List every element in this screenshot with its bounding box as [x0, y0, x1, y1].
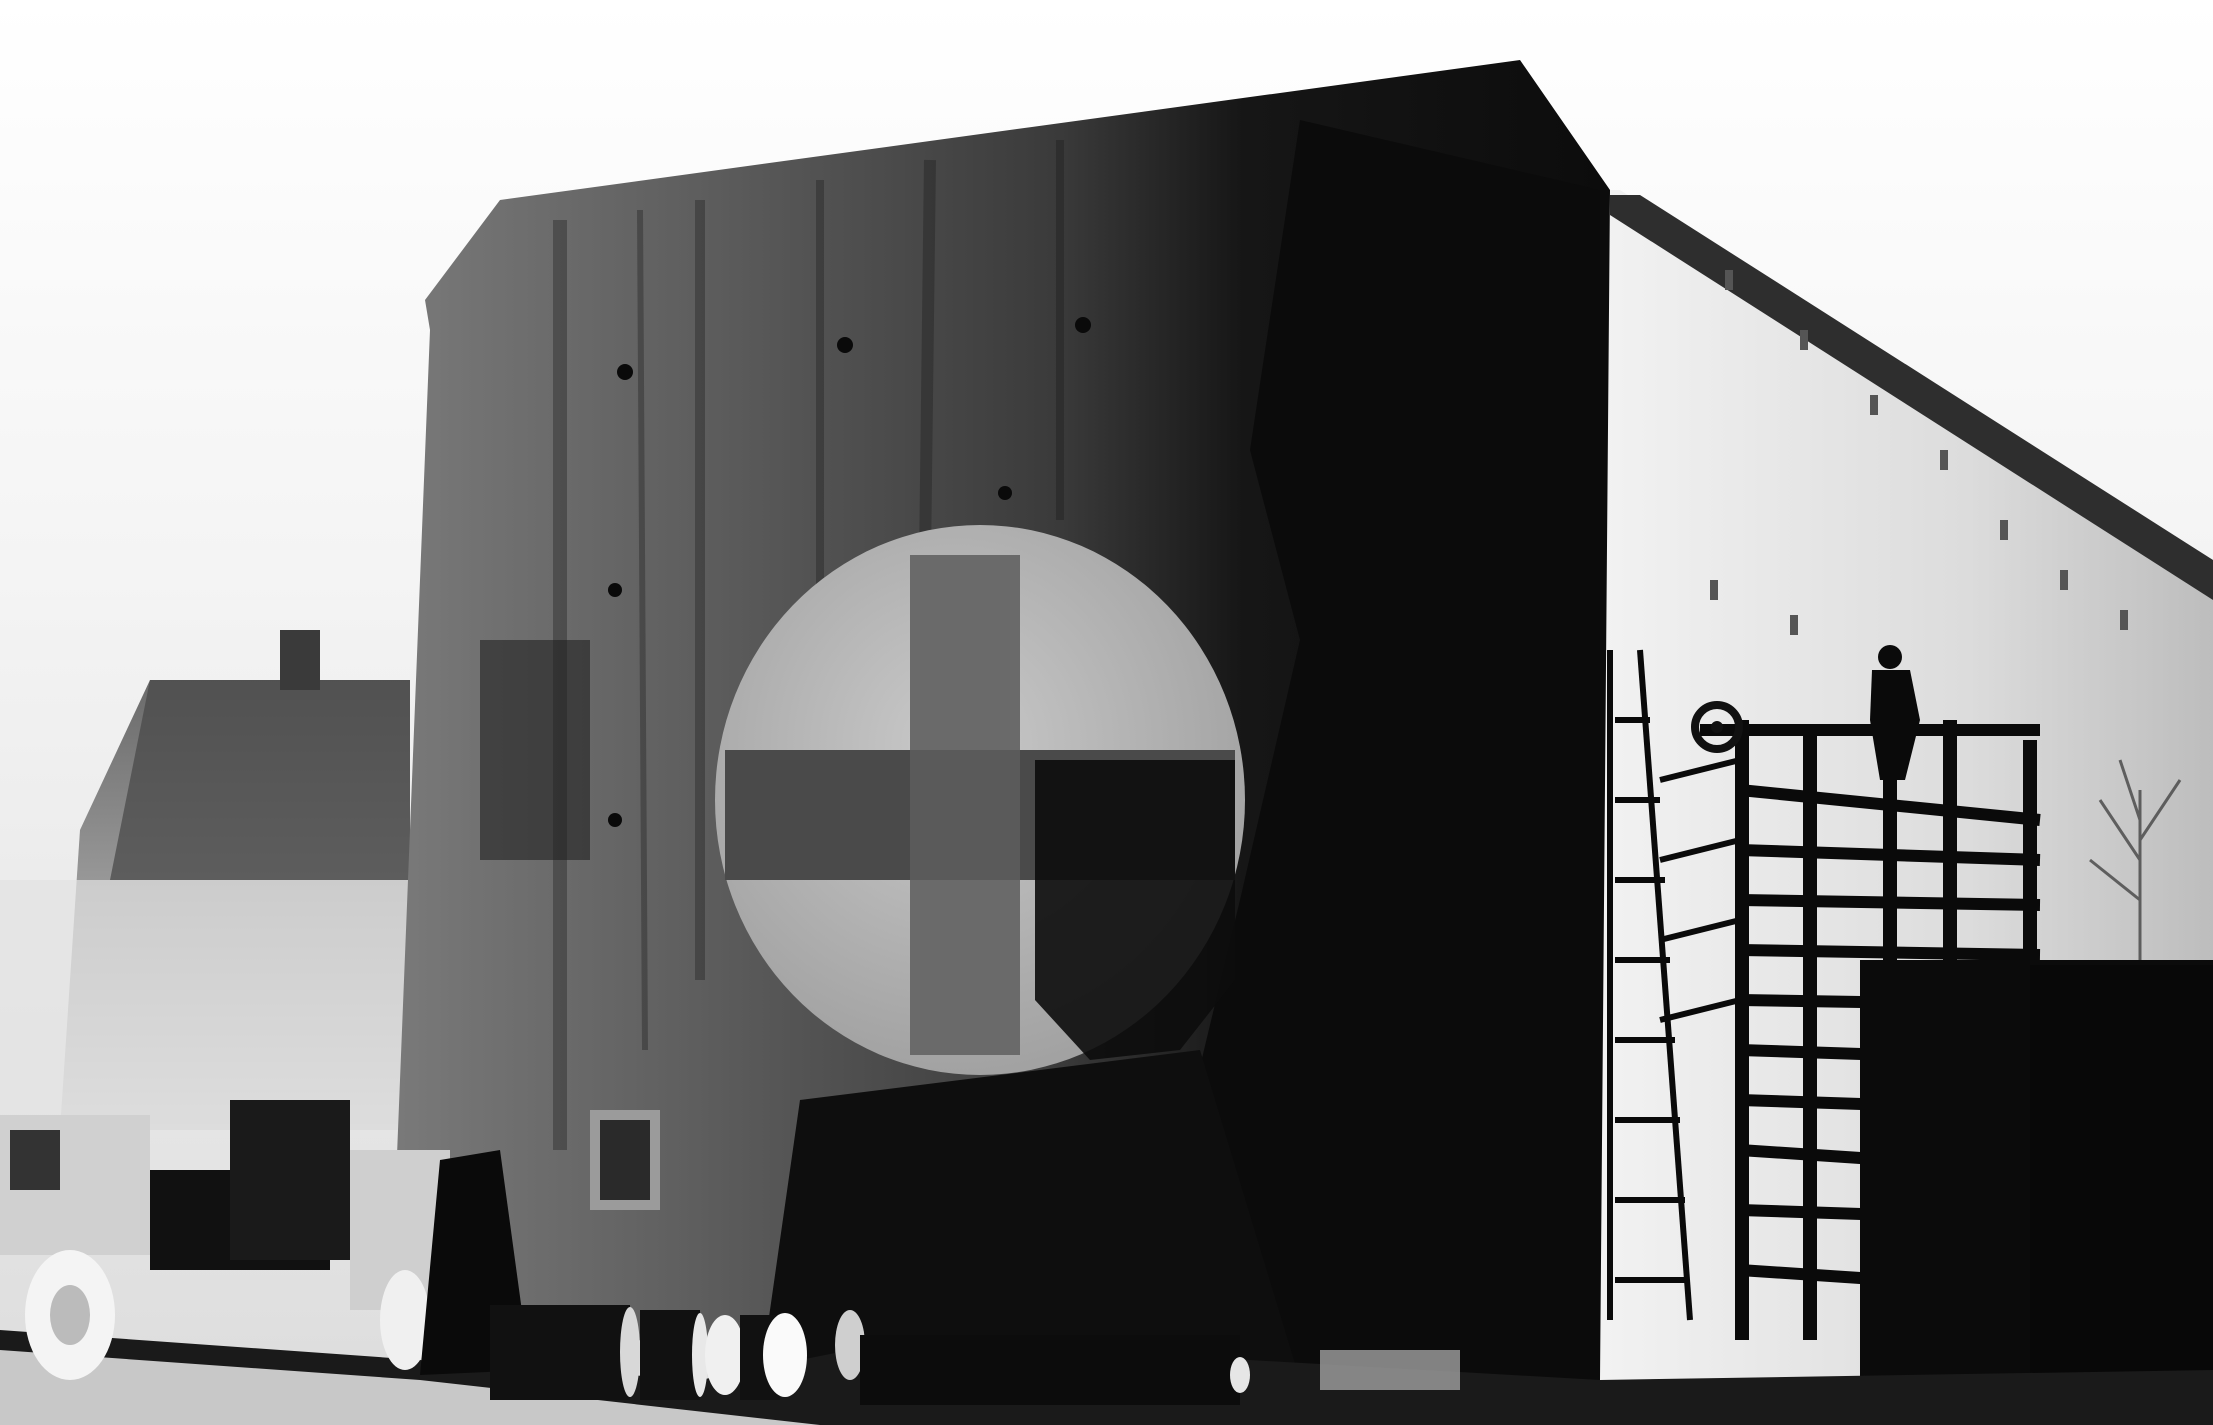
photograph: Black-and-white historical photograph of…: [0, 0, 2213, 1425]
photo-canvas: [0, 0, 2213, 1425]
house: [0, 630, 410, 1130]
cross-roundel-marking: [715, 525, 1245, 1075]
chimney: [280, 630, 320, 690]
